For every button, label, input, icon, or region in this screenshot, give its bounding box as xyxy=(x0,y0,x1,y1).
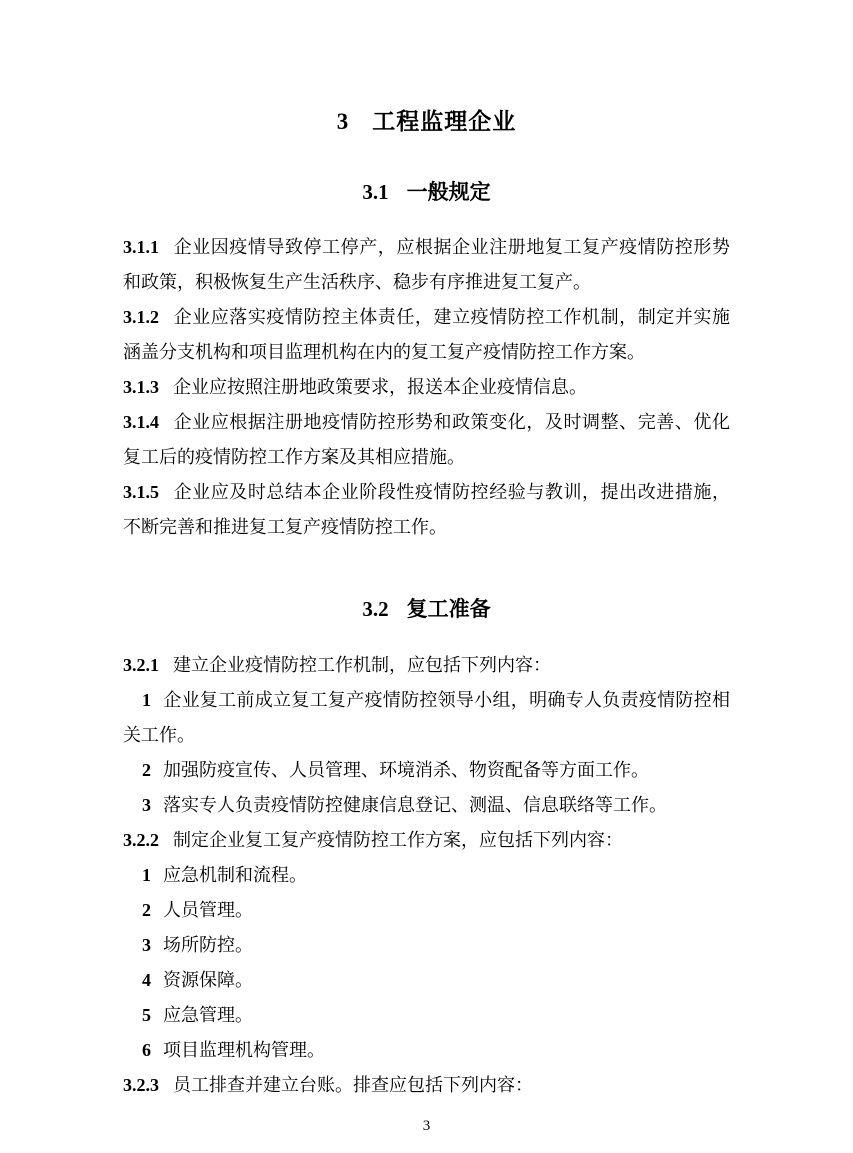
clause-3-2-1-item-1: 1企业复工前成立复工复产疫情防控领导小组，明确专人负责疫情防控相关工作。 xyxy=(123,683,730,753)
item-text: 项目监理机构管理。 xyxy=(163,1040,325,1060)
clause-3-2-2-item-4: 4资源保障。 xyxy=(123,963,730,998)
clause-text: 企业应按照注册地政策要求，报送本企业疫情信息。 xyxy=(173,377,587,397)
clause-3-2-1-item-3: 3落实专人负责疫情防控健康信息登记、测温、信息联络等工作。 xyxy=(123,788,730,823)
footer-page-number: 3 xyxy=(0,1116,853,1136)
item-text: 落实专人负责疫情防控健康信息登记、测温、信息联络等工作。 xyxy=(163,795,667,815)
clause-number: 3.1.4 xyxy=(123,412,173,432)
item-text: 加强防疫宣传、人员管理、环境消杀、物资配备等方面工作。 xyxy=(163,760,649,780)
clause-3-1-1: 3.1.1企业因疫情导致停工停产，应根据企业注册地复工复产疫情防控形势和政策，积… xyxy=(123,230,730,300)
section-number: 3.2 xyxy=(362,597,388,621)
clause-text: 企业应落实疫情防控主体责任，建立疫情防控工作机制，制定并实施涵盖分支机构和项目监… xyxy=(123,307,730,362)
clause-number: 3.2.2 xyxy=(123,830,173,850)
clause-3-2-3: 3.2.3员工排查并建立台账。排查应包括下列内容： xyxy=(123,1068,730,1103)
item-number: 1 xyxy=(142,690,163,710)
clause-number: 3.1.1 xyxy=(123,237,173,257)
section-heading: 3.1一般规定 xyxy=(123,178,730,206)
chapter-number: 3 xyxy=(337,109,349,134)
section-resumption-preparation: 3.2复工准备 3.2.1建立企业疫情防控工作机制，应包括下列内容： 1企业复工… xyxy=(123,595,730,1103)
item-number: 2 xyxy=(142,760,163,780)
clause-text: 企业应及时总结本企业阶段性疫情防控经验与教训，提出改进措施，不断完善和推进复工复… xyxy=(123,482,730,537)
clause-number: 3.1.3 xyxy=(123,377,173,397)
item-number: 1 xyxy=(142,865,163,885)
document-content: 3工程监理企业 3.1一般规定 3.1.1企业因疫情导致停工停产，应根据企业注册… xyxy=(123,0,730,1103)
item-number: 4 xyxy=(142,970,163,990)
clause-3-1-4: 3.1.4企业应根据注册地疫情防控形势和政策变化，及时调整、完善、优化复工后的疫… xyxy=(123,405,730,475)
clause-3-2-2-item-1: 1应急机制和流程。 xyxy=(123,858,730,893)
clause-3-2-2-item-5: 5应急管理。 xyxy=(123,998,730,1033)
clause-text: 建立企业疫情防控工作机制，应包括下列内容： xyxy=(173,655,551,675)
clause-3-1-2: 3.1.2企业应落实疫情防控主体责任，建立疫情防控工作机制，制定并实施涵盖分支机… xyxy=(123,300,730,370)
item-text: 场所防控。 xyxy=(163,935,253,955)
item-text: 应急机制和流程。 xyxy=(163,865,307,885)
clause-number: 3.1.5 xyxy=(123,482,173,502)
clause-text: 员工排查并建立台账。排查应包括下列内容： xyxy=(173,1075,533,1095)
clause-3-2-2: 3.2.2制定企业复工复产疫情防控工作方案，应包括下列内容： xyxy=(123,823,730,858)
clause-3-2-1: 3.2.1建立企业疫情防控工作机制，应包括下列内容： xyxy=(123,648,730,683)
section-general-provisions: 3.1一般规定 3.1.1企业因疫情导致停工停产，应根据企业注册地复工复产疫情防… xyxy=(123,178,730,545)
clause-number: 3.2.1 xyxy=(123,655,173,675)
clause-3-2-1-item-2: 2加强防疫宣传、人员管理、环境消杀、物资配备等方面工作。 xyxy=(123,753,730,788)
clause-text: 企业因疫情导致停工停产，应根据企业注册地复工复产疫情防控形势和政策，积极恢复生产… xyxy=(123,237,730,292)
clause-number: 3.2.3 xyxy=(123,1075,173,1095)
clause-number: 3.1.2 xyxy=(123,307,173,327)
section-title-text: 复工准备 xyxy=(407,597,491,621)
chapter-title: 3工程监理企业 xyxy=(123,106,730,138)
clause-3-2-2-item-6: 6项目监理机构管理。 xyxy=(123,1033,730,1068)
item-number: 6 xyxy=(142,1040,163,1060)
section-number: 3.1 xyxy=(362,180,388,204)
chapter-title-text: 工程监理企业 xyxy=(372,109,516,134)
clause-text: 制定企业复工复产疫情防控工作方案，应包括下列内容： xyxy=(173,830,623,850)
clause-3-2-2-item-3: 3场所防控。 xyxy=(123,928,730,963)
item-number: 3 xyxy=(142,935,163,955)
clause-3-1-3: 3.1.3企业应按照注册地政策要求，报送本企业疫情信息。 xyxy=(123,370,730,405)
clause-3-1-5: 3.1.5企业应及时总结本企业阶段性疫情防控经验与教训，提出改进措施，不断完善和… xyxy=(123,475,730,545)
item-text: 企业复工前成立复工复产疫情防控领导小组，明确专人负责疫情防控相关工作。 xyxy=(123,690,730,745)
item-number: 3 xyxy=(142,795,163,815)
item-text: 应急管理。 xyxy=(163,1005,253,1025)
clause-3-2-2-item-2: 2人员管理。 xyxy=(123,893,730,928)
item-number: 2 xyxy=(142,900,163,920)
document-page: 3工程监理企业 3.1一般规定 3.1.1企业因疫情导致停工停产，应根据企业注册… xyxy=(0,0,853,1153)
item-number: 5 xyxy=(142,1005,163,1025)
clause-text: 企业应根据注册地疫情防控形势和政策变化，及时调整、完善、优化复工后的疫情防控工作… xyxy=(123,412,730,467)
item-text: 资源保障。 xyxy=(163,970,253,990)
item-text: 人员管理。 xyxy=(163,900,253,920)
section-heading: 3.2复工准备 xyxy=(123,595,730,623)
section-title-text: 一般规定 xyxy=(407,180,491,204)
